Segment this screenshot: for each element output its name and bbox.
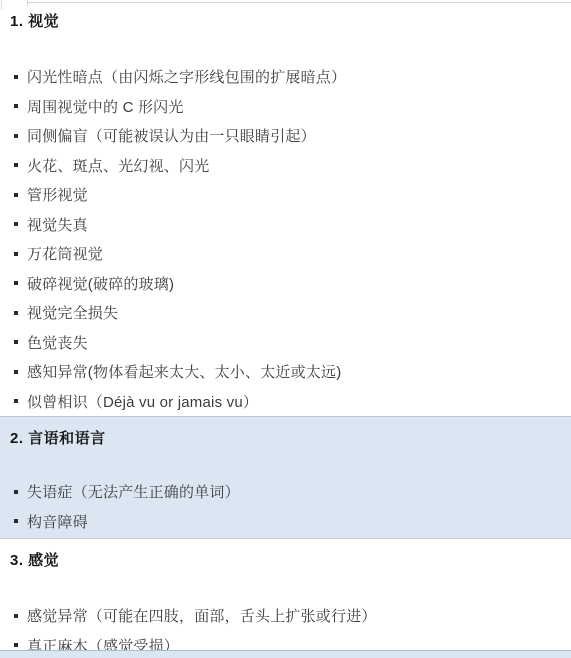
symptom-section: 2. 言语和语言 失语症（无法产生正确的单词） 构音障碍 (0, 416, 571, 539)
symptom-text: 视觉完全损失 (27, 302, 118, 323)
symptom-list-item: 万花筒视觉 (0, 239, 571, 269)
square-bullet-icon (14, 252, 18, 256)
square-bullet-icon (14, 193, 18, 197)
square-bullet-icon (14, 75, 18, 79)
square-bullet-icon (14, 134, 18, 138)
symptom-text: 似曾相识（Déjà vu or jamais vu） (27, 391, 258, 412)
square-bullet-icon (14, 490, 18, 494)
symptom-text: 感知异常(物体看起来太大、太小、太近或太远) (27, 361, 341, 382)
symptom-section: 1. 视觉 闪光性暗点（由闪烁之字形线包围的扩展暗点） 周围视觉中的 C 形闪光… (0, 0, 571, 416)
square-bullet-icon (14, 340, 18, 344)
symptom-text: 管形视觉 (27, 184, 88, 205)
square-bullet-icon (14, 311, 18, 315)
table-border-left-tick (1, 0, 2, 10)
symptom-text: 闪光性暗点（由闪烁之字形线包围的扩展暗点） (27, 66, 346, 87)
symptom-list-item: 周围视觉中的 C 形闪光 (0, 92, 571, 122)
document-page: 1. 视觉 闪光性暗点（由闪烁之字形线包围的扩展暗点） 周围视觉中的 C 形闪光… (0, 0, 571, 658)
square-bullet-icon (14, 104, 18, 108)
symptom-list-item: 视觉完全损失 (0, 298, 571, 328)
symptom-list-item: 色觉丧失 (0, 328, 571, 358)
symptom-sections: 1. 视觉 闪光性暗点（由闪烁之字形线包围的扩展暗点） 周围视觉中的 C 形闪光… (0, 0, 571, 658)
square-bullet-icon (14, 643, 18, 647)
symptom-text: 构音障碍 (27, 511, 88, 532)
symptom-list-item: 同侧偏盲（可能被误认为由一只眼睛引起） (0, 121, 571, 151)
square-bullet-icon (14, 163, 18, 167)
symptom-list-item: 火花、斑点、光幻视、闪光 (0, 151, 571, 181)
section-heading: 1. 视觉 (0, 0, 571, 32)
square-bullet-icon (14, 614, 18, 618)
symptom-list-item: 构音障碍 (0, 507, 571, 537)
symptom-list-item: 似曾相识（Déjà vu or jamais vu） (0, 387, 571, 417)
section-heading: 2. 言语和语言 (0, 417, 571, 449)
symptom-text: 火花、斑点、光幻视、闪光 (27, 155, 209, 176)
symptom-text: 感觉异常（可能在四肢，面部，舌头上扩张或行进） (27, 605, 377, 626)
symptom-text: 周围视觉中的 C 形闪光 (27, 96, 184, 117)
symptom-text: 万花筒视觉 (27, 243, 103, 264)
symptom-list-item: 视觉失真 (0, 210, 571, 240)
symptom-text: 失语症（无法产生正确的单词） (27, 481, 240, 502)
symptom-text: 视觉失真 (27, 214, 88, 235)
symptom-text: 破碎视觉(破碎的玻璃) (27, 273, 174, 294)
symptom-list-item: 闪光性暗点（由闪烁之字形线包围的扩展暗点） (0, 62, 571, 92)
square-bullet-icon (14, 370, 18, 374)
table-border-top (28, 2, 571, 3)
section-heading: 3. 感觉 (0, 539, 571, 571)
table-border-corner (27, 0, 28, 6)
symptom-list-item: 失语症（无法产生正确的单词） (0, 477, 571, 507)
symptom-list: 失语症（无法产生正确的单词） 构音障碍 (0, 477, 571, 536)
symptom-list-item: 感知异常(物体看起来太大、太小、太近或太远) (0, 357, 571, 387)
symptom-list: 闪光性暗点（由闪烁之字形线包围的扩展暗点） 周围视觉中的 C 形闪光 同侧偏盲（… (0, 62, 571, 416)
square-bullet-icon (14, 399, 18, 403)
symptom-list-item: 破碎视觉(破碎的玻璃) (0, 269, 571, 299)
next-section-highlight-partial (0, 650, 571, 658)
square-bullet-icon (14, 519, 18, 523)
symptom-list-item: 管形视觉 (0, 180, 571, 210)
symptom-text: 同侧偏盲（可能被误认为由一只眼睛引起） (27, 125, 316, 146)
symptom-text: 色觉丧失 (27, 332, 88, 353)
symptom-section: 3. 感觉 感觉异常（可能在四肢，面部，舌头上扩张或行进） 真正麻木（感觉受损） (0, 539, 571, 658)
square-bullet-icon (14, 222, 18, 226)
symptom-list-item: 感觉异常（可能在四肢，面部，舌头上扩张或行进） (0, 601, 571, 631)
square-bullet-icon (14, 281, 18, 285)
